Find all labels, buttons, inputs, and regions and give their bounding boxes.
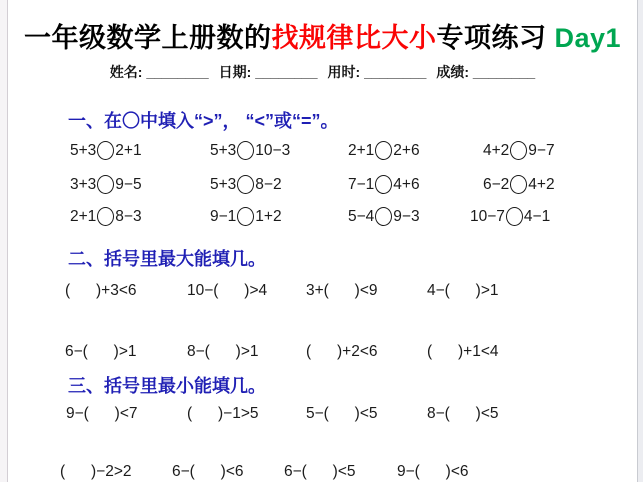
answer-circle-icon: [510, 175, 527, 194]
answer-circle-icon: [375, 175, 392, 194]
score-blank: ________: [473, 64, 535, 80]
fill-blank-problem: 8−( )>1: [187, 341, 259, 362]
fill-blank-problem: 5−( )<5: [306, 403, 378, 424]
problem-row: 9−( )<7 ( )−1>5 5−( )<5 8−( )<5: [0, 403, 643, 427]
time-field: 用时: ________: [328, 64, 427, 80]
compare-problem: 7−14+6: [348, 174, 420, 195]
expr-left: 9−1: [210, 208, 236, 225]
expr-left: 2+1: [70, 208, 96, 225]
expr-left: 3+3: [70, 176, 96, 193]
answer-circle-icon: [237, 207, 254, 226]
name-blank: ________: [146, 64, 208, 80]
compare-problem: 10−74−1: [470, 206, 550, 227]
fill-blank-problem: 6−( )<6: [172, 461, 244, 482]
fill-blank-problem: 9−( )<6: [397, 461, 469, 482]
date-field: 日期: ________: [219, 64, 318, 80]
fill-blank-problem: 6−( )>1: [65, 341, 137, 362]
expr-right: 8−2: [255, 176, 281, 193]
compare-problem: 2+18−3: [70, 206, 142, 227]
time-blank: ________: [364, 64, 426, 80]
section-2-heading: 二、括号里最大能填几。: [68, 245, 266, 271]
expr-left: 5+3: [210, 142, 236, 159]
problem-row: ( )−2>2 6−( )<6 6−( )<5 9−( )<6: [0, 461, 643, 482]
problem-row: 5+32+1 5+310−3 2+12+6 4+29−7: [0, 140, 643, 164]
expr-right: 2+1: [115, 142, 141, 159]
expr-left: 5+3: [210, 176, 236, 193]
title-part-2: 找规律比大小: [271, 23, 436, 53]
answer-circle-icon: [506, 207, 523, 226]
answer-circle-icon: [237, 141, 254, 160]
fill-blank-problem: ( )+1<4: [427, 341, 499, 362]
fill-blank-problem: ( )+3<6: [65, 280, 137, 301]
fill-blank-problem: 8−( )<5: [427, 403, 499, 424]
title-part-1: 一年级数学上册数的: [24, 23, 272, 53]
time-label: 用时:: [328, 64, 365, 80]
expr-left: 7−1: [348, 176, 374, 193]
name-label: 姓名:: [110, 64, 147, 80]
answer-circle-icon: [97, 141, 114, 160]
fill-blank-problem: ( )−1>5: [187, 403, 259, 424]
fill-blank-problem: 3+( )<9: [306, 280, 378, 301]
problem-row: 2+18−3 9−11+2 5−49−3 10−74−1: [0, 206, 643, 230]
info-line: 姓名: ________日期: ________用时: ________成绩: …: [10, 62, 635, 82]
expr-left: 10−7: [470, 208, 505, 225]
expr-left: 5+3: [70, 142, 96, 159]
answer-circle-icon: [375, 207, 392, 226]
expr-right: 9−3: [393, 208, 419, 225]
compare-problem: 5+310−3: [210, 140, 290, 161]
title-part-day: Day1: [546, 23, 621, 53]
compare-problem: 5+38−2: [210, 174, 282, 195]
fill-blank-problem: 10−( )>4: [187, 280, 267, 301]
fill-blank-problem: ( )+2<6: [306, 341, 378, 362]
compare-problem: 5+32+1: [70, 140, 142, 161]
section-3-heading: 三、括号里最小能填几。: [68, 372, 266, 398]
expr-right: 9−5: [115, 176, 141, 193]
compare-problem: 9−11+2: [210, 206, 282, 227]
compare-problem: 4+29−7: [483, 140, 555, 161]
date-label: 日期:: [219, 64, 256, 80]
title-part-3: 专项练习: [436, 23, 546, 53]
name-field: 姓名: ________: [110, 64, 209, 80]
problem-row: 3+39−5 5+38−2 7−14+6 6−24+2: [0, 174, 643, 198]
score-label: 成绩:: [436, 64, 473, 80]
answer-circle-icon: [97, 207, 114, 226]
compare-problem: 6−24+2: [483, 174, 555, 195]
compare-problem: 5−49−3: [348, 206, 420, 227]
problem-row: ( )+3<6 10−( )>4 3+( )<9 4−( )>1: [0, 280, 643, 304]
expr-right: 1+2: [255, 208, 281, 225]
expr-right: 4−1: [524, 208, 550, 225]
expr-right: 4+6: [393, 176, 419, 193]
expr-right: 4+2: [528, 176, 554, 193]
fill-blank-problem: 9−( )<7: [66, 403, 138, 424]
expr-left: 5−4: [348, 208, 374, 225]
expr-right: 10−3: [255, 142, 290, 159]
document-title: 一年级数学上册数的找规律比大小专项练习 Day1: [10, 16, 635, 55]
fill-blank-problem: 4−( )>1: [427, 280, 499, 301]
expr-right: 2+6: [393, 142, 419, 159]
answer-circle-icon: [97, 175, 114, 194]
compare-problem: 2+12+6: [348, 140, 420, 161]
problem-row: 6−( )>1 8−( )>1 ( )+2<6 ( )+1<4: [0, 341, 643, 365]
expr-left: 4+2: [483, 142, 509, 159]
score-field: 成绩: ________: [436, 64, 535, 80]
fill-blank-problem: ( )−2>2: [60, 461, 132, 482]
answer-circle-icon: [510, 141, 527, 160]
fill-blank-problem: 6−( )<5: [284, 461, 356, 482]
compare-problem: 3+39−5: [70, 174, 142, 195]
answer-circle-icon: [375, 141, 392, 160]
worksheet-page: 一年级数学上册数的找规律比大小专项练习 Day1 姓名: ________日期:…: [0, 0, 643, 482]
expr-right: 8−3: [115, 208, 141, 225]
expr-right: 9−7: [528, 142, 554, 159]
expr-left: 6−2: [483, 176, 509, 193]
expr-left: 2+1: [348, 142, 374, 159]
answer-circle-icon: [237, 175, 254, 194]
section-1-heading: 一、在〇中填入“>”， “<”或“=”。: [68, 107, 339, 133]
date-blank: ________: [255, 64, 317, 80]
